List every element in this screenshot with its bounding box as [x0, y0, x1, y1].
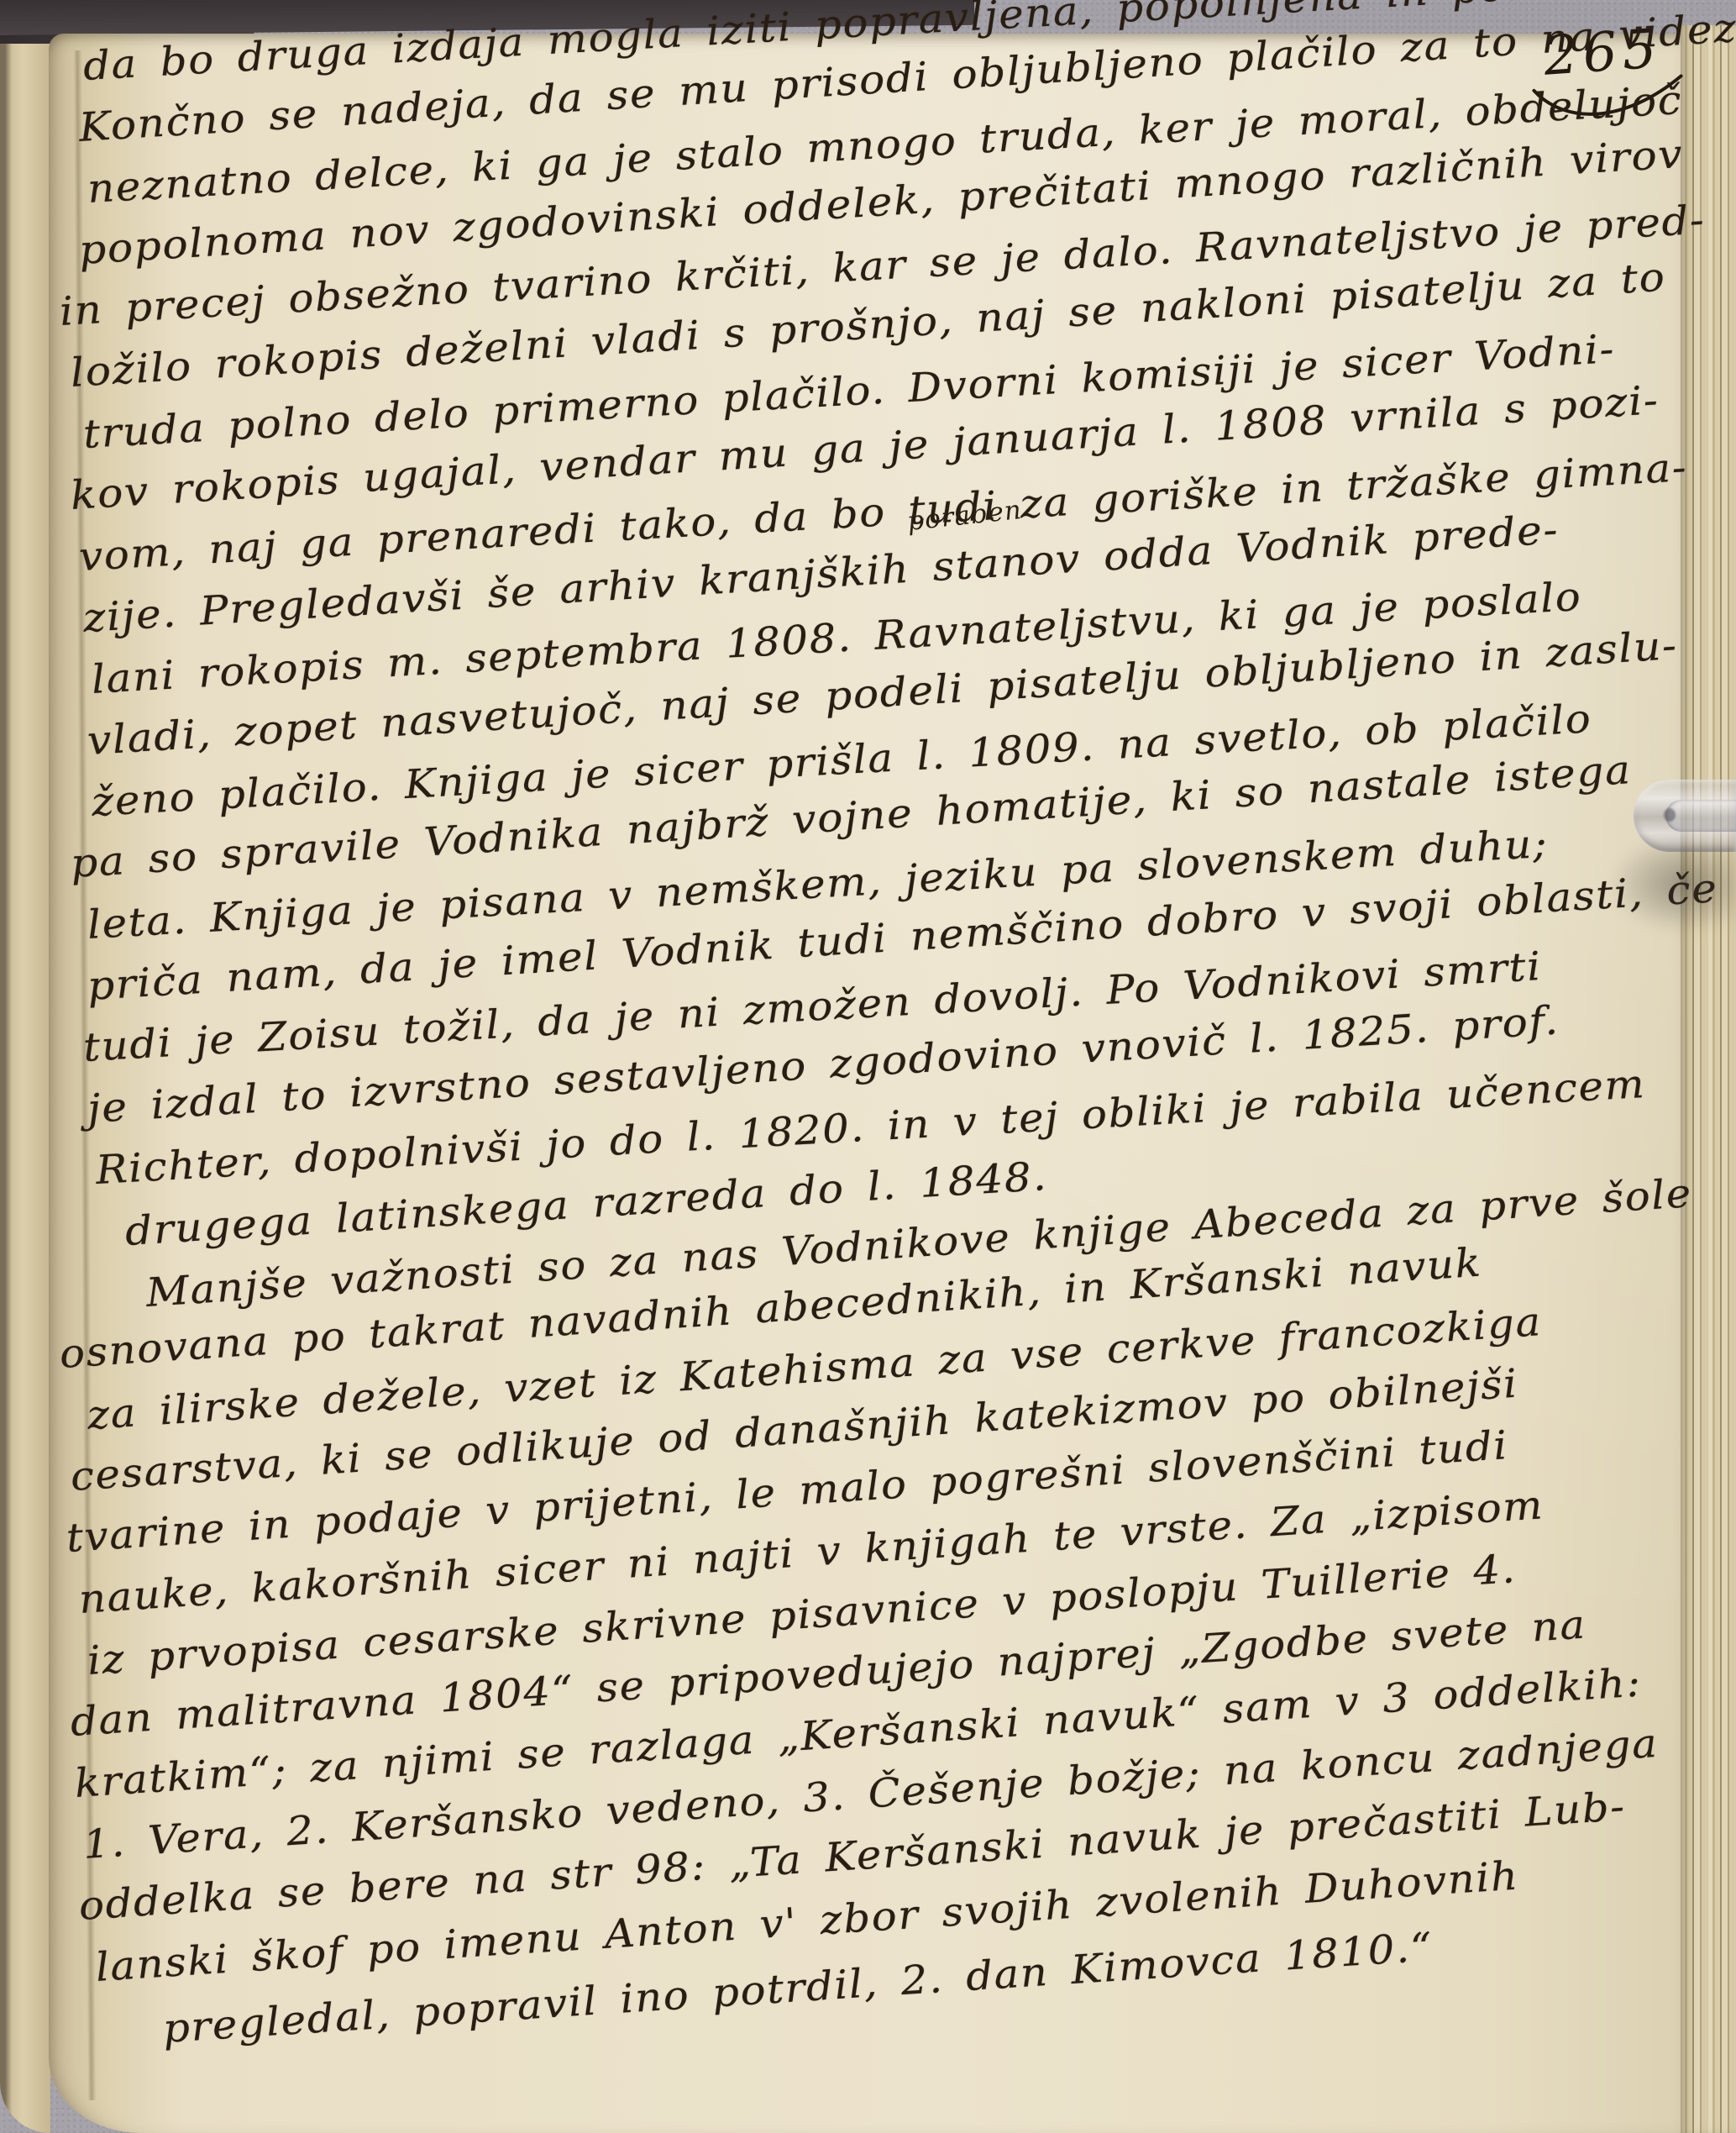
flyleaf-strip: [0, 44, 50, 2133]
manuscript-text: da bo druga izdaja mogla iziti popravlje…: [76, 44, 1629, 2067]
glass-rod-core: [1665, 800, 1736, 832]
photo-of-manuscript-page: { "page": { "number": "265", "interline_…: [0, 0, 1736, 2133]
glass-rod-tip: [1664, 808, 1676, 822]
glass-rod-shadow: [1610, 844, 1736, 933]
